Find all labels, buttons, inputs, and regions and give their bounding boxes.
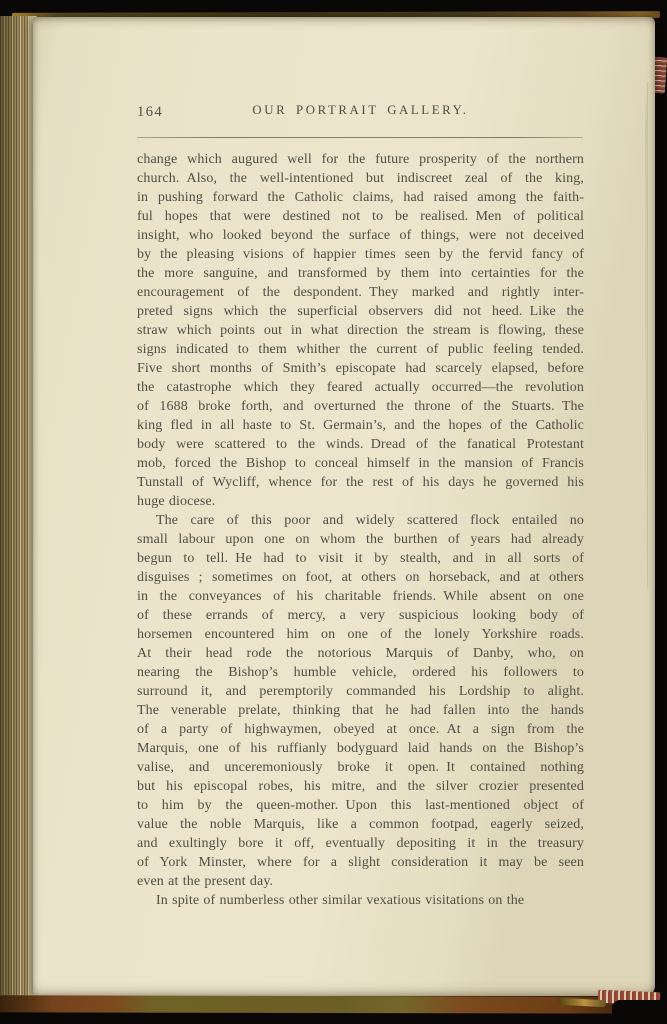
text-line: valise, and unceremoniously broke it ope… <box>137 758 584 777</box>
header-rule <box>137 137 583 138</box>
text-line: signs indicated to them whither the curr… <box>137 340 584 359</box>
text-line: in pushing forward the Catholic claims, … <box>137 188 584 207</box>
text-line: king fled in all haste to St. Germain’s,… <box>137 416 584 435</box>
page-number: 164 <box>137 104 163 121</box>
text-line: begun to tell. He had to visit it by ste… <box>137 549 584 568</box>
running-header: 164 OUR PORTRAIT GALLERY. <box>137 103 584 123</box>
text-line: to him by the queen-mother. Upon this la… <box>137 796 584 815</box>
text-line: disguises ; sometimes on foot, at others… <box>137 568 584 587</box>
book-page: 164 OUR PORTRAIT GALLERY. change which a… <box>33 17 655 996</box>
text-line: In spite of numberless other similar vex… <box>137 891 584 910</box>
text-line: value the noble Marquis, like a common f… <box>137 815 584 834</box>
text-line: Five short months of Smith’s episcopate … <box>137 359 584 378</box>
text-line: the catastrophe which they feared actual… <box>137 378 584 397</box>
text-line: of these errands of mercy, a very suspic… <box>137 606 584 625</box>
page-crease <box>645 83 647 588</box>
text-line: ful hopes that were destined not to be r… <box>137 207 584 226</box>
text-line: nearing the Bishop’s humble vehicle, ord… <box>137 663 584 682</box>
paragraph: In spite of numberless other similar vex… <box>137 891 584 910</box>
text-line: The venerable prelate, thinking that he … <box>137 701 584 720</box>
text-line: Tunstall of Wycliff, whence for the rest… <box>137 473 584 492</box>
text-line: of York Minster, where for a slight cons… <box>137 853 584 872</box>
text-line: preted signs which the superficial obser… <box>137 302 584 321</box>
text-line: Marquis, one of his ruffianly bodyguard … <box>137 739 584 758</box>
text-line: of 1688 broke forth, and overturned the … <box>137 397 584 416</box>
text-line: surround it, and peremptorily commanded … <box>137 682 584 701</box>
text-line: church. Also, the well-intentioned but i… <box>137 169 584 188</box>
text-block: change which augured well for the future… <box>137 150 584 910</box>
paragraph: change which augured well for the future… <box>137 150 584 511</box>
text-line: change which augured well for the future… <box>137 150 584 169</box>
text-line: small labour upon one on whom the burthe… <box>137 530 584 549</box>
text-line: by the pleasing visions of happier times… <box>137 245 584 264</box>
text-line: of a party of highwaymen, obeyed at once… <box>137 720 584 739</box>
text-line: the more sanguine, and transformed by th… <box>137 264 584 283</box>
text-line: The care of this poor and widely scatter… <box>137 511 584 530</box>
shadow-bottom-right <box>612 1000 667 1024</box>
text-line: huge diocese. <box>137 492 584 511</box>
text-line: insight, who looked beyond the surface o… <box>137 226 584 245</box>
photographed-book-scene: 164 OUR PORTRAIT GALLERY. change which a… <box>0 0 667 1024</box>
text-line: straw which points out in what direction… <box>137 321 584 340</box>
text-line: in the conveyances of his charitable fri… <box>137 587 584 606</box>
stacked-page-edges <box>0 16 37 1008</box>
text-line: At their head rode the notorious Marquis… <box>137 644 584 663</box>
text-line: even at the present day. <box>137 872 584 891</box>
text-line: mob, forced the Bishop to conceal himsel… <box>137 454 584 473</box>
text-line: encouragement of the despondent. They ma… <box>137 283 584 302</box>
running-header-title: OUR PORTRAIT GALLERY. <box>137 103 584 118</box>
text-line: and exultingly bore it off, eventually d… <box>137 834 584 853</box>
text-line: body were scattered to the winds. Dread … <box>137 435 584 454</box>
text-line: horsemen encountered him on one of the l… <box>137 625 584 644</box>
text-line: but his episcopal robes, his mitre, and … <box>137 777 584 796</box>
paragraph: The care of this poor and widely scatter… <box>137 511 584 891</box>
